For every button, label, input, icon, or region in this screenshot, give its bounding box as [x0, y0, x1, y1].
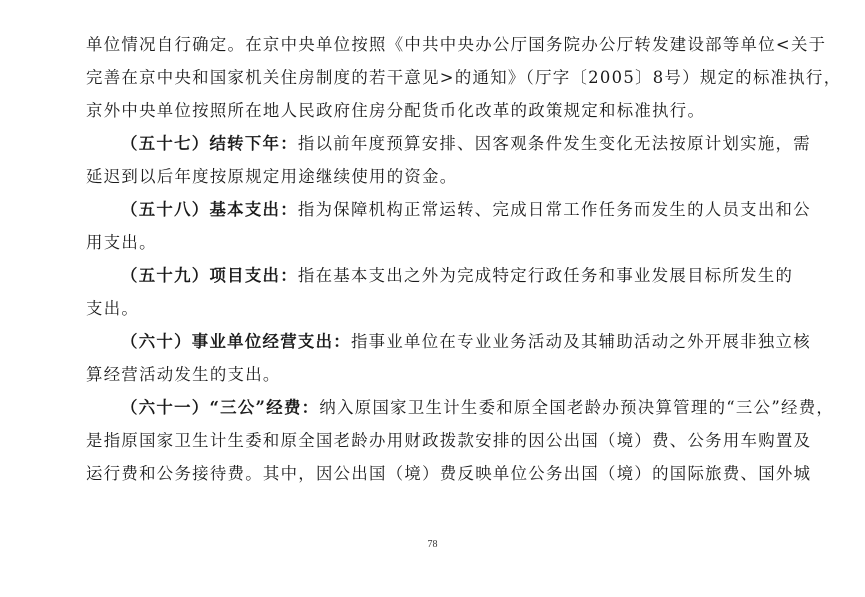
definition-number: （六十一）: [121, 398, 209, 417]
definition-term: 基本支出：: [209, 200, 297, 219]
definition-text: 指为保障机构正常运转、完成日常工作任务而发生的人员支出和公: [298, 200, 811, 219]
definition-number: （五十七）: [121, 134, 209, 153]
paragraph-line: 京外中央单位按照所在地人民政府住房分配货币化改革的政策规定和标准执行。: [86, 94, 778, 127]
definition-57-first-line: （五十七）结转下年：指以前年度预算安排、因客观条件发生变化无法按原计划实施，需: [86, 127, 778, 160]
definition-number: （五十八）: [121, 200, 209, 219]
definition-61-first-line: （六十一）“三公”经费：纳入原国家卫生计生委和原全国老龄办预决算管理的“三公”经…: [86, 391, 778, 424]
document-page: 单位情况自行确定。在京中央单位按照《中共中央办公厅国务院办公厅转发建设部等单位<…: [0, 0, 865, 597]
definition-number: （五十九）: [121, 266, 209, 285]
definition-term: “三公”经费：: [209, 398, 319, 417]
paragraph-line: 是指原国家卫生计生委和原全国老龄办用财政拨款安排的因公出国（境）费、公务用车购置…: [86, 424, 778, 457]
paragraph-line: 算经营活动发生的支出。: [86, 358, 778, 391]
definition-59-first-line: （五十九）项目支出：指在基本支出之外为完成特定行政任务和事业发展目标所发生的: [86, 259, 778, 292]
definition-58-first-line: （五十八）基本支出：指为保障机构正常运转、完成日常工作任务而发生的人员支出和公: [86, 193, 778, 226]
definition-text: 指在基本支出之外为完成特定行政任务和事业发展目标所发生的: [298, 266, 793, 285]
definition-text: 纳入原国家卫生计生委和原全国老龄办预决算管理的“三公”经费，: [319, 398, 834, 417]
paragraph-line: 用支出。: [86, 226, 778, 259]
definition-term: 项目支出：: [209, 266, 297, 285]
paragraph-line: 支出。: [86, 292, 778, 325]
definition-number: （六十）: [121, 332, 192, 351]
definition-term: 结转下年：: [209, 134, 297, 153]
definition-text: 指事业单位在专业业务活动及其辅助活动之外开展非独立核: [351, 332, 811, 351]
definition-term: 事业单位经营支出：: [192, 332, 351, 351]
definition-text: 指以前年度预算安排、因客观条件发生变化无法按原计划实施，需: [298, 134, 811, 153]
body-text: 单位情况自行确定。在京中央单位按照《中共中央办公厅国务院办公厅转发建设部等单位<…: [86, 28, 778, 490]
paragraph-line: 单位情况自行确定。在京中央单位按照《中共中央办公厅国务院办公厅转发建设部等单位<…: [86, 28, 778, 61]
definition-60-first-line: （六十）事业单位经营支出：指事业单位在专业业务活动及其辅助活动之外开展非独立核: [86, 325, 778, 358]
page-number: 78: [0, 539, 865, 550]
paragraph-line: 完善在京中央和国家机关住房制度的若干意见>的通知》（厅字〔2005〕8号）规定的…: [86, 61, 778, 94]
paragraph-line: 延迟到以后年度按原规定用途继续使用的资金。: [86, 160, 778, 193]
paragraph-line: 运行费和公务接待费。其中，因公出国（境）费反映单位公务出国（境）的国际旅费、国外…: [86, 457, 778, 490]
